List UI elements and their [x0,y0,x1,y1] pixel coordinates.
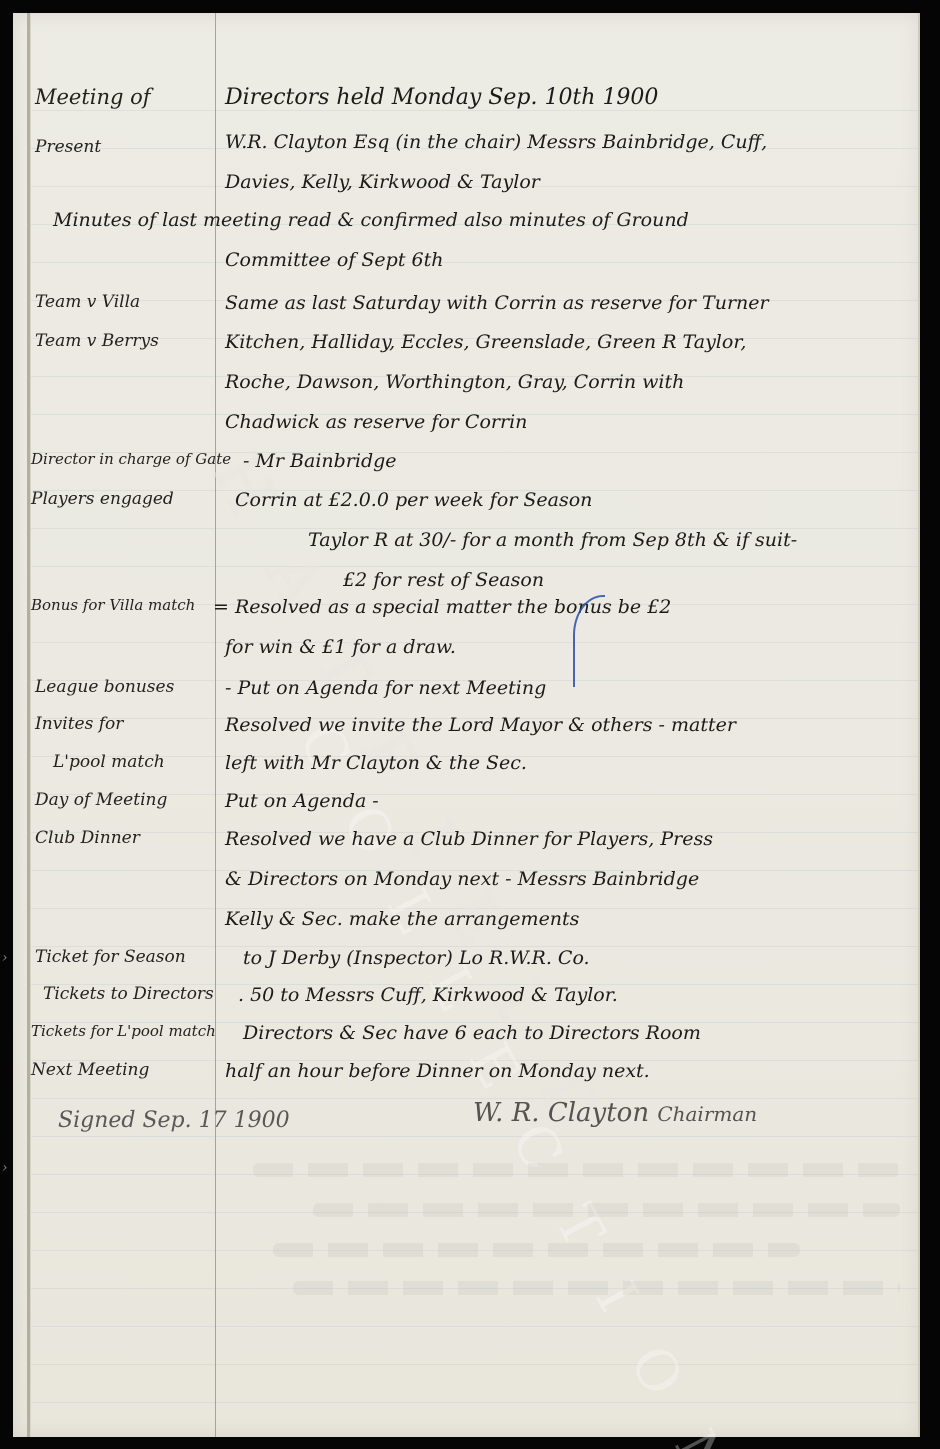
entry-label: League bonuses [35,677,215,697]
signature-role: Chairman [657,1102,757,1126]
entry-label: Next Meeting [31,1060,211,1080]
entry-line: Resolved we have a Club Dinner for Playe… [225,828,920,850]
entry-line: . 50 to Messrs Cuff, Kirkwood & Taylor. [238,984,920,1006]
signature-name: W. R. Clayton [473,1098,649,1128]
entry-label: Team v Berrys [35,331,215,351]
entry-line: Minutes of last meeting read & confirmed… [53,209,920,231]
entry-line: Chadwick as reserve for Corrin [225,411,920,433]
entry-label: Day of Meeting [35,790,215,810]
signed-date: Signed Sep. 17 1900 [58,1108,290,1133]
bleed-through-text [253,1163,900,1177]
ledger-page: H A T F I E L D C O L L E C T I O N Meet… [13,13,920,1437]
entry-label: Ticket for Season [35,947,215,967]
entry-label: Tickets for L'pool match [31,1022,211,1040]
entry-label: L'pool match [53,752,233,772]
entry-line: Roche, Dawson, Worthington, Gray, Corrin… [225,371,920,393]
entry-line: Committee of Sept 6th [225,249,920,271]
entry-label: Director in charge of Gate [31,450,211,468]
entry-line: Same as last Saturday with Corrin as res… [225,292,920,314]
entry-label: Invites for [35,714,215,734]
entry-label: Players engaged [31,489,211,509]
entry-line: Resolved we invite the Lord Mayor & othe… [225,714,920,736]
entry-line: Kitchen, Halliday, Eccles, Greenslade, G… [225,331,920,353]
entry-line: Corrin at £2.0.0 per week for Season [235,489,920,511]
entry-label: Tickets to Directors [43,984,223,1004]
heading-label: Meeting of [35,85,215,109]
entry-line: £2 for rest of Season [343,569,920,591]
entry-line: = Resolved as a special matter the bonus… [213,596,920,618]
bleed-through-text [293,1281,900,1295]
entry-label: Team v Villa [35,292,215,312]
entry-label: Present [35,137,215,157]
entry-line: Davies, Kelly, Kirkwood & Taylor [225,171,920,193]
binding-gutter [27,13,30,1437]
entry-line: W.R. Clayton Esq (in the chair) Messrs B… [225,131,920,153]
heading-text: Directors held Monday Sep. 10th 1900 [225,85,920,110]
entry-line: Put on Agenda - [225,790,920,812]
entry-label: Bonus for Villa match [31,596,211,614]
entry-line: Kelly & Sec. make the arrangements [225,908,920,930]
entry-line: - Mr Bainbridge [243,450,920,472]
chairman-signature: W. R. Clayton Chairman [473,1098,757,1128]
entry-line: Directors & Sec have 6 each to Directors… [243,1022,920,1044]
entry-label: Club Dinner [35,828,215,848]
entry-line: Taylor R at 30/- for a month from Sep 8t… [308,529,920,551]
entry-line: - Put on Agenda for next Meeting [225,677,920,699]
facing-page-mark: › [2,950,8,966]
entry-line: to J Derby (Inspector) Lo R.W.R. Co. [243,947,920,969]
facing-page-mark: › [2,1160,8,1176]
entry-line: half an hour before Dinner on Monday nex… [225,1060,920,1082]
bleed-through-text [273,1243,800,1257]
entry-line: left with Mr Clayton & the Sec. [225,752,920,774]
entry-line: & Directors on Monday next - Messrs Bain… [225,868,920,890]
bleed-through-text [313,1203,900,1217]
